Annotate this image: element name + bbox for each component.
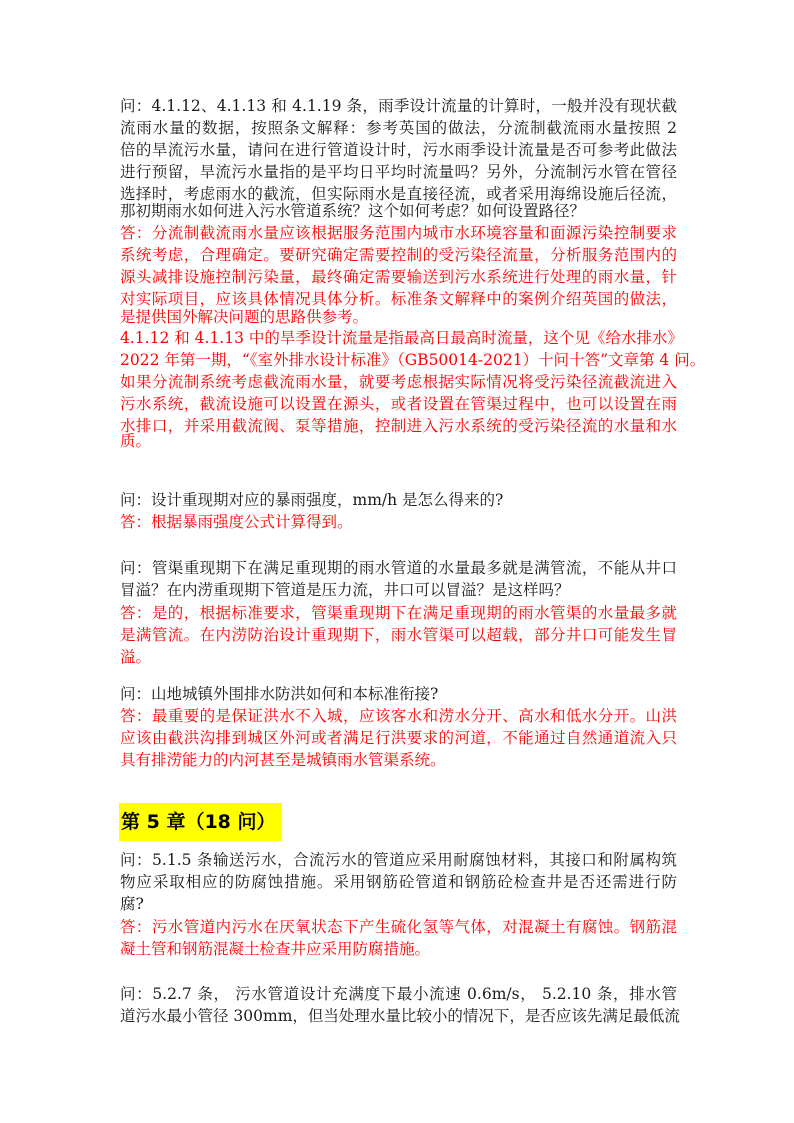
answer-line: 溢。 bbox=[120, 646, 677, 668]
question-line: 进行预留，旱流污水量指的是平均日平均时流量吗？另外，分流制污水管在管径 bbox=[120, 161, 677, 183]
question-line: 问：5.1.5 条输送污水，合流污水的管道应采用耐腐蚀材料，其接口和附属构筑 bbox=[120, 849, 677, 871]
answer-line: 源头减排设施控制污染量，最终确定需要输送到污水系统进行处理的雨水量，针 bbox=[120, 266, 677, 288]
question-line: 问：管渠重现期下在满足重现期的雨水管道的水量最多就是满管流，不能从井口 bbox=[120, 557, 677, 579]
answer-line: 如果分流制系统考虑截流雨水量，就要考虑根据实际情况将受污染径流截流进入 bbox=[120, 371, 677, 393]
question-line: 问：设计重现期对应的暴雨强度，mm/h 是怎么得来的? bbox=[120, 489, 677, 511]
chapter-heading: 第 5 章（18 问） bbox=[119, 803, 282, 841]
question-line: 问：山地城镇外围排水防洪如何和本标准衔接? bbox=[120, 683, 677, 705]
answer-line: 应该由截洪沟排到城区外河或者满足行洪要求的河道，不能通过自然通道流入只 bbox=[120, 727, 677, 749]
answer-line: 具有排涝能力的内河甚至是城镇雨水管渠系统。 bbox=[120, 749, 677, 771]
question-line: 物应采取相应的防腐蚀措施。采用钢筋砼管道和钢筋砼检查井是否还需进行防 bbox=[120, 871, 677, 893]
answer-line: 系统考虑，合理确定。要研究确定需要控制的受污染径流量，分析服务范围内的 bbox=[120, 244, 677, 266]
answer-line: 质。 bbox=[120, 430, 677, 452]
answer-line: 4.1.12 和 4.1.13 中的旱季设计流量是指最高日最高时流量，这个见《给… bbox=[120, 327, 677, 349]
question-line: 那初期雨水如何进入污水管道系统？这个如何考虑？如何设置路径？ bbox=[120, 200, 677, 222]
answer-line: 是提供国外解决问题的思路供参考。 bbox=[120, 306, 677, 328]
answer-line: 污水系统，截流设施可以设置在源头，或者设置在管渠过程中，也可以设置在雨 bbox=[120, 393, 677, 415]
answer-line: 凝土管和钢筋混凝土检查井应采用防腐措施。 bbox=[120, 938, 677, 960]
answer-line: 答：最重要的是保证洪水不入城，应该客水和涝水分开、高水和低水分开。山洪 bbox=[120, 705, 677, 727]
answer-line: 是满管流。在内涝防治设计重现期下，雨水管渠可以超载，部分井口可能发生冒 bbox=[120, 624, 677, 646]
answer-line: 答：分流制截流雨水量应该根据服务范围内城市水环境容量和面源污染控制要求 bbox=[120, 222, 677, 244]
question-line: 倍的旱流污水量，请问在进行管道设计时，污水雨季设计流量是否可参考此做法 bbox=[120, 139, 677, 161]
answer-line: 答：根据暴雨强度公式计算得到。 bbox=[120, 511, 677, 533]
answer-line: 答：是的，根据标准要求，管渠重现期下在满足重现期的雨水管渠的水量最多就 bbox=[120, 602, 677, 624]
question-line: 腐? bbox=[120, 893, 677, 915]
answer-line: 答：污水管道内污水在厌氧状态下产生硫化氢等气体，对混凝土有腐蚀。钢筋混 bbox=[120, 916, 677, 938]
question-line: 问：5.2.7 条， 污水管道设计充满度下最小流速 0.6m/s， 5.2.10… bbox=[120, 983, 677, 1005]
answer-line: 2022 年第一期，“《室外排水设计标准》（GB50014-2021）十问十答”… bbox=[120, 349, 677, 371]
question-line: 道污水最小管径 300mm，但当处理水量比较小的情况下，是否应该先满足最低流 bbox=[120, 1005, 677, 1027]
document-page: 问：4.1.12、4.1.13 和 4.1.19 条，雨季设计流量的计算时，一般… bbox=[0, 0, 794, 1123]
question-line: 流雨水量的数据，按照条文解释：参考英国的做法，分流制截流雨水量按照 2 bbox=[120, 117, 677, 139]
question-line: 冒溢？在内涝重现期下管道是压力流，井口可以冒溢？是这样吗？ bbox=[120, 579, 677, 601]
question-line: 问：4.1.12、4.1.13 和 4.1.19 条，雨季设计流量的计算时，一般… bbox=[120, 95, 677, 117]
